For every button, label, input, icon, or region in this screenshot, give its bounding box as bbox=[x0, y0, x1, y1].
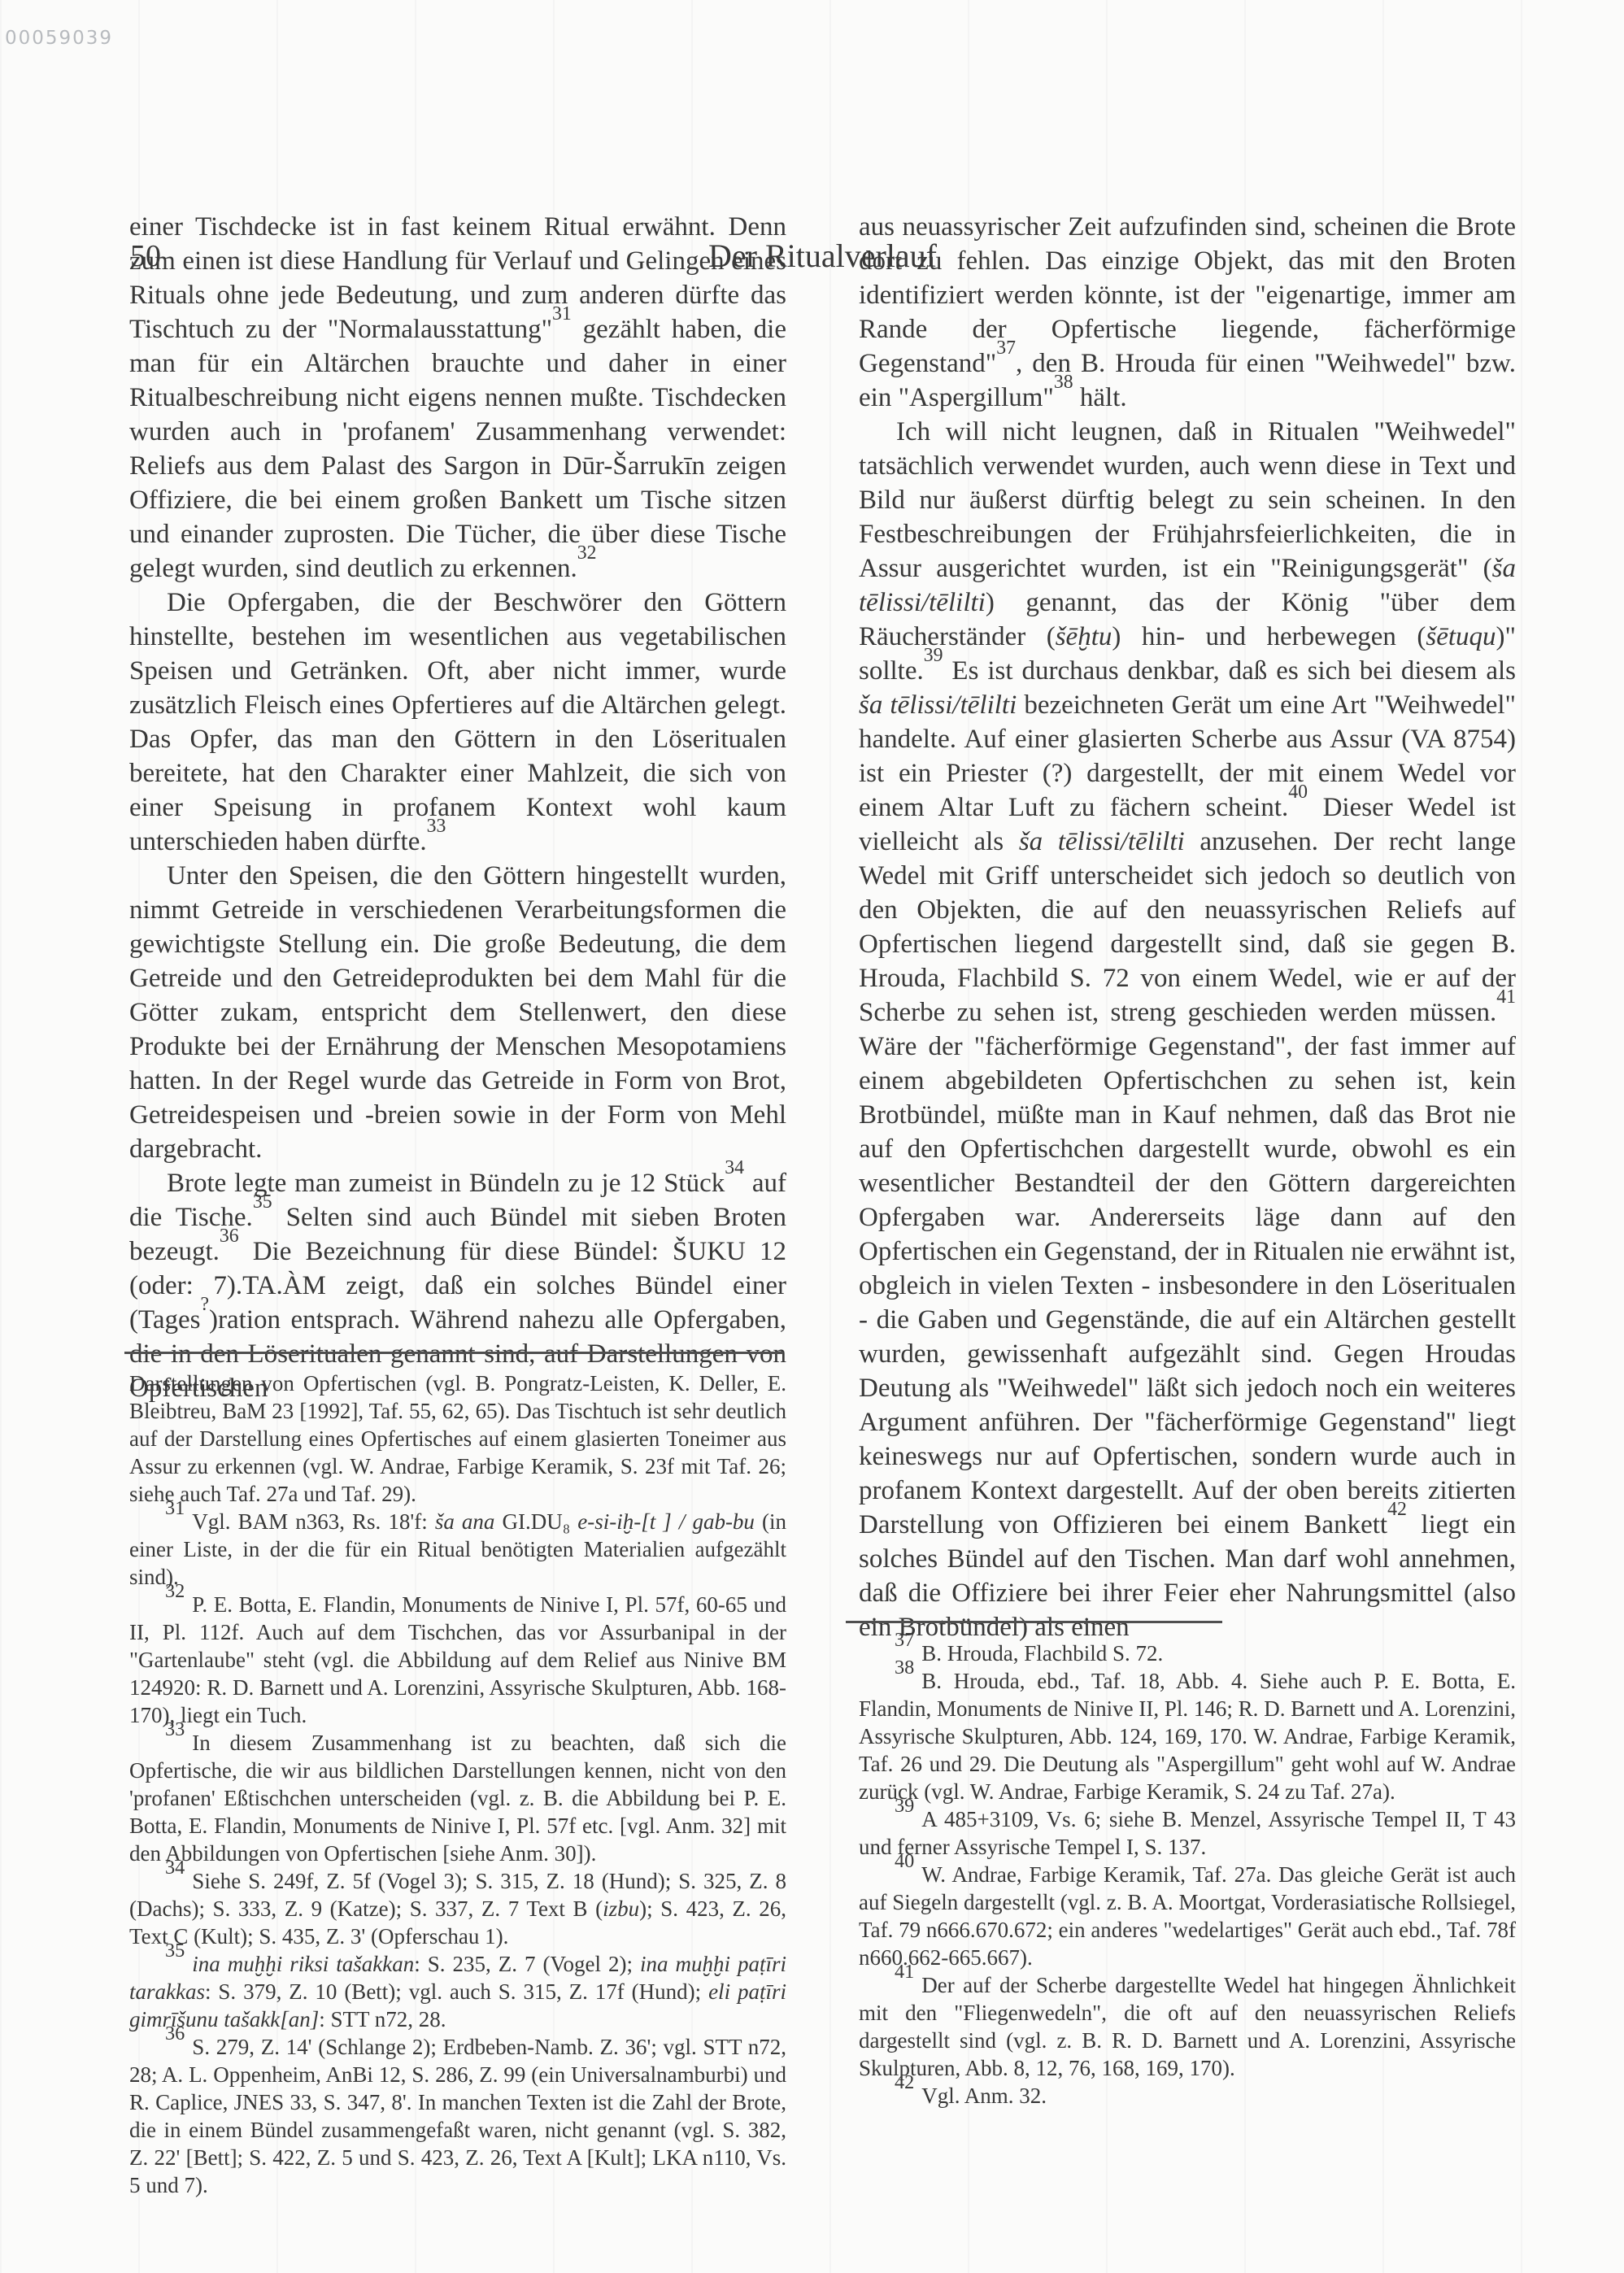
italic-text: ša ana bbox=[435, 1509, 495, 1534]
italic-text: izbu bbox=[603, 1896, 639, 1921]
text-run: Es ist durchaus denkbar, daß es sich bei… bbox=[943, 656, 1517, 686]
footnote: 32P. E. Botta, E. Flandin, Monuments de … bbox=[129, 1591, 786, 1729]
text-run: S. 279, Z. 14' (Schlange 2); Erdbeben-Na… bbox=[129, 2035, 786, 2197]
text-run: ) hin- und herbewegen ( bbox=[1112, 622, 1426, 651]
text-run: anzusehen. Der recht lange Wedel mit Gri… bbox=[859, 827, 1516, 1027]
text-run: Brote legte man zumeist in Bündeln zu je… bbox=[167, 1169, 725, 1198]
footnote-reference: 35 bbox=[253, 1191, 272, 1213]
footnote-number: 42 bbox=[895, 2071, 914, 2093]
right-column: aus neuassyrischer Zeit aufzufinden sind… bbox=[859, 210, 1516, 1644]
text-run: Darstellungen von Opfertischen (vgl. B. … bbox=[129, 1371, 786, 1506]
footnote: 40W. Andrae, Farbige Keramik, Taf. 27a. … bbox=[859, 1861, 1516, 1971]
footnote-number: 36 bbox=[165, 2023, 185, 2044]
italic-text: šēḫtu bbox=[1056, 622, 1112, 651]
footnote-number: 31 bbox=[165, 1497, 185, 1519]
footnote-reference: 40 bbox=[1288, 782, 1308, 803]
footnote-number: 37 bbox=[895, 1629, 914, 1651]
italic-text: šētuqu bbox=[1426, 622, 1496, 651]
footnote: 31Vgl. BAM n363, Rs. 18'f: ša ana GI.DU₈… bbox=[129, 1508, 786, 1591]
footnote-number: 41 bbox=[895, 1961, 914, 1983]
footnote-reference: 32 bbox=[577, 542, 597, 564]
italic-text: ša tēlissi/tēlilti bbox=[1019, 827, 1185, 856]
text-run: In diesem Zusammenhang ist zu beachten, … bbox=[129, 1731, 786, 1866]
paragraph: Unter den Speisen, die den Göttern hinge… bbox=[129, 859, 786, 1166]
text-run: Die Opfergaben, die der Beschwörer den G… bbox=[129, 588, 786, 856]
footnote: 34Siehe S. 249f, Z. 5f (Vogel 3); S. 315… bbox=[129, 1867, 786, 1950]
footnote-reference: 37 bbox=[996, 337, 1016, 359]
footnote-number: 33 bbox=[165, 1718, 185, 1740]
footnote: 33In diesem Zusammenhang ist zu beachten… bbox=[129, 1729, 786, 1867]
footnote-reference: 39 bbox=[924, 645, 943, 666]
text-run: W. Andrae, Farbige Keramik, Taf. 27a. Da… bbox=[859, 1862, 1516, 1970]
footnote-continuation: Darstellungen von Opfertischen (vgl. B. … bbox=[129, 1369, 786, 1508]
paragraph: einer Tischdecke ist in fast keinem Ritu… bbox=[129, 210, 786, 586]
footnote-number: 34 bbox=[165, 1857, 185, 1879]
italic-text: ina muḫḫi riksi tašakkan bbox=[192, 1952, 414, 1976]
footnote-number: 39 bbox=[895, 1795, 914, 1817]
paragraph: Ich will nicht leugnen, daß in Ritualen … bbox=[859, 415, 1516, 1644]
text-run: Wäre der "fächerförmige Gegenstand", der… bbox=[859, 1032, 1516, 1539]
text-run: Vgl. BAM n363, Rs. 18'f: bbox=[192, 1509, 435, 1534]
footnote: 35ina muḫḫi riksi tašakkan: S. 235, Z. 7… bbox=[129, 1950, 786, 2033]
footnote-separator-left bbox=[124, 1352, 783, 1354]
text-run: P. E. Botta, E. Flandin, Monuments de Ni… bbox=[129, 1592, 786, 1727]
footnote-number: 40 bbox=[895, 1850, 914, 1872]
text-run: Vgl. Anm. 32. bbox=[921, 2084, 1047, 2108]
text-run: A 485+3109, Vs. 6; siehe B. Menzel, Assy… bbox=[859, 1807, 1516, 1859]
text-run: : S. 235, Z. 7 (Vogel 2); bbox=[414, 1952, 640, 1976]
footnote-reference: 33 bbox=[427, 816, 446, 837]
left-footnotes: Darstellungen von Opfertischen (vgl. B. … bbox=[129, 1369, 786, 2199]
footnote-reference: 41 bbox=[1496, 986, 1516, 1008]
text-run: GI.DU₈ bbox=[494, 1509, 577, 1534]
italic-text: e-si-iḫ-[t ] / gab-bu bbox=[577, 1509, 755, 1534]
paragraph: aus neuassyrischer Zeit aufzufinden sind… bbox=[859, 210, 1516, 415]
italic-text: ša tēlissi/tēlilti bbox=[859, 690, 1017, 720]
text-run: Der auf der Scherbe dargestellte Wedel h… bbox=[859, 1973, 1516, 2080]
text-run: gezählt haben, die man für ein Altärchen… bbox=[129, 315, 786, 583]
book-page-scan: 00059039 50 Der Ritualverlauf einer Tisc… bbox=[0, 0, 1624, 2273]
left-column: einer Tischdecke ist in fast keinem Ritu… bbox=[129, 210, 786, 1405]
text-run: : S. 379, Z. 10 (Bett); vgl. auch S. 315… bbox=[205, 1979, 708, 2004]
footnote-number: 35 bbox=[165, 1940, 185, 1962]
footnote-separator-right bbox=[846, 1621, 1222, 1623]
text-run: hält. bbox=[1073, 383, 1127, 412]
text-run: : STT n72, 28. bbox=[319, 2007, 446, 2031]
footnote: 39A 485+3109, Vs. 6; siehe B. Menzel, As… bbox=[859, 1805, 1516, 1861]
text-run: B. Hrouda, Flachbild S. 72. bbox=[921, 1641, 1163, 1666]
footnote: 36S. 279, Z. 14' (Schlange 2); Erdbeben-… bbox=[129, 2033, 786, 2199]
footnote-reference: ? bbox=[200, 1294, 209, 1315]
footnote: 37B. Hrouda, Flachbild S. 72. bbox=[859, 1639, 1516, 1667]
footnote: 41Der auf der Scherbe dargestellte Wedel… bbox=[859, 1971, 1516, 2082]
footnote-reference: 34 bbox=[725, 1157, 744, 1178]
right-footnotes: 37B. Hrouda, Flachbild S. 72.38B. Hrouda… bbox=[859, 1639, 1516, 2110]
footnote-reference: 31 bbox=[552, 303, 572, 324]
footnote-number: 32 bbox=[165, 1580, 185, 1602]
text-run: Unter den Speisen, die den Göttern hinge… bbox=[129, 861, 786, 1164]
scan-id-stamp: 00059039 bbox=[5, 28, 113, 49]
footnote: 38B. Hrouda, ebd., Taf. 18, Abb. 4. Sieh… bbox=[859, 1667, 1516, 1805]
right-body-text: aus neuassyrischer Zeit aufzufinden sind… bbox=[859, 210, 1516, 1644]
footnote-number: 38 bbox=[895, 1657, 914, 1679]
paragraph: Die Opfergaben, die der Beschwörer den G… bbox=[129, 586, 786, 859]
footnote-reference: 36 bbox=[220, 1226, 239, 1247]
footnote-reference: 38 bbox=[1054, 372, 1073, 393]
text-run: B. Hrouda, ebd., Taf. 18, Abb. 4. Siehe … bbox=[859, 1669, 1516, 1804]
text-run: Ich will nicht leugnen, daß in Ritualen … bbox=[859, 417, 1516, 583]
footnote-reference: 42 bbox=[1387, 1499, 1407, 1520]
footnote: 42Vgl. Anm. 32. bbox=[859, 2082, 1516, 2110]
left-body-text: einer Tischdecke ist in fast keinem Ritu… bbox=[129, 210, 786, 1405]
